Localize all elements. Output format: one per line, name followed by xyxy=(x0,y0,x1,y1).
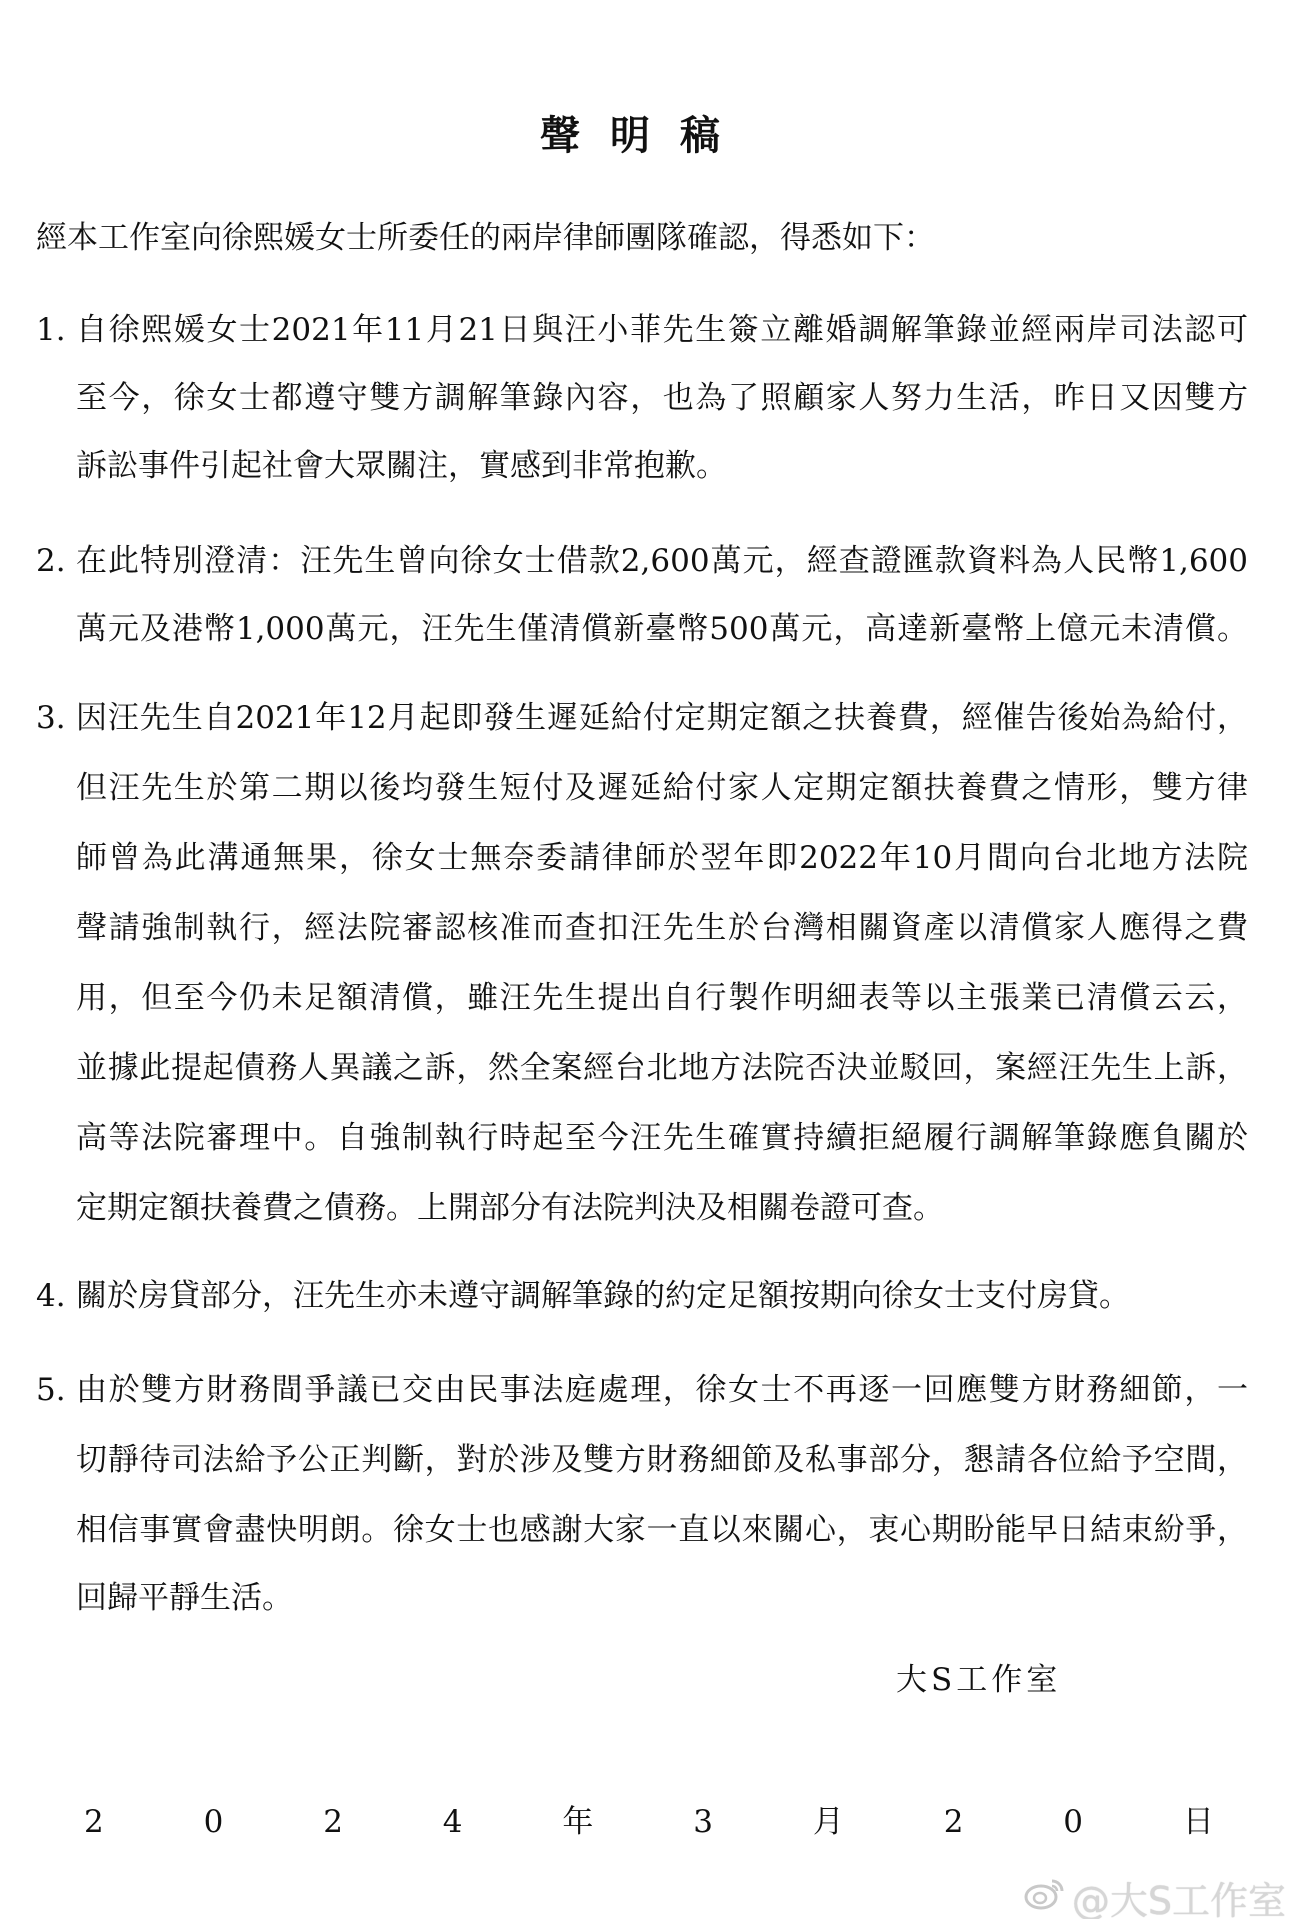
item-number: 2. xyxy=(36,541,66,581)
item-line: 定期定額扶養費之債務。上開部分有法院判決及相關卷證可查。 xyxy=(76,1188,944,1228)
item-line: 至今，徐女士都遵守雙方調解筆錄內容，也為了照顧家人努力生活，昨日又因雙方 xyxy=(76,378,1248,418)
item-line: 因汪先生自2021年12月起即發生遲延給付定期定額之扶養費，經催告後始為給付， xyxy=(76,698,1248,738)
item-number: 5. xyxy=(36,1370,66,1410)
item-line: 但汪先生於第二期以後均發生短付及遲延給付家人定期定額扶養費之情形，雙方律 xyxy=(76,768,1248,808)
date-char: 4 xyxy=(443,1802,463,1842)
item-line: 切靜待司法給予公正判斷，對於涉及雙方財務細節及私事部分，懇請各位給予空間， xyxy=(76,1440,1248,1480)
watermark: @大S工作室 xyxy=(1024,1870,1286,1919)
signature: 大S工作室 xyxy=(896,1660,1061,1700)
item-number: 4. xyxy=(36,1276,66,1316)
date-line: 2 0 2 4 年 3 月 2 0 日 xyxy=(84,1802,1214,1842)
date-char: 年 xyxy=(562,1802,593,1842)
item-line: 自徐熙媛女士2021年11月21日與汪小菲先生簽立離婚調解筆錄並經兩岸司法認可 xyxy=(76,310,1248,350)
item-line: 關於房貸部分，汪先生亦未遵守調解筆錄的約定足額按期向徐女士支付房貸。 xyxy=(76,1276,1130,1316)
item-line: 聲請強制執行，經法院審認核准而查扣汪先生於台灣相關資產以清償家人應得之費 xyxy=(76,908,1248,948)
item-line: 在此特別澄清：汪先生曾向徐女士借款2,600萬元，經查證匯款資料為人民幣1,60… xyxy=(76,541,1248,581)
date-char: 月 xyxy=(813,1802,844,1842)
date-char: 2 xyxy=(323,1802,343,1842)
item-line: 相信事實會盡快明朗。徐女士也感謝大家一直以來關心，衷心期盼能早日結束紛爭， xyxy=(76,1510,1248,1550)
date-char: 0 xyxy=(204,1802,224,1842)
item-line: 師曾為此溝通無果，徐女士無奈委請律師於翌年即2022年10月間向台北地方法院 xyxy=(76,838,1248,878)
date-char: 2 xyxy=(84,1802,104,1842)
item-line: 回歸平靜生活。 xyxy=(76,1578,293,1618)
item-line: 高等法院審理中。自強制執行時起至今汪先生確實持續拒絕履行調解筆錄應負關於 xyxy=(76,1118,1248,1158)
date-char: 3 xyxy=(693,1802,713,1842)
date-char: 0 xyxy=(1063,1802,1083,1842)
item-line: 萬元及港幣1,000萬元，汪先生僅清償新臺幣500萬元，高達新臺幣上億元未清償。 xyxy=(76,609,1248,649)
page-title: 聲明稿 xyxy=(0,104,1290,161)
date-char: 2 xyxy=(944,1802,964,1842)
intro-text: 經本工作室向徐熙媛女士所委任的兩岸律師團隊確認，得悉如下： xyxy=(36,218,935,258)
item-number: 3. xyxy=(36,698,66,738)
item-line: 用，但至今仍未足額清償，雖汪先生提出自行製作明細表等以主張業已清償云云， xyxy=(76,978,1248,1018)
item-number: 1. xyxy=(36,310,66,350)
item-line: 並據此提起債務人異議之訴，然全案經台北地方法院否決並駁回，案經汪先生上訴， xyxy=(76,1048,1248,1088)
date-char: 日 xyxy=(1183,1802,1214,1842)
item-line: 由於雙方財務間爭議已交由民事法庭處理，徐女士不再逐一回應雙方財務細節，一 xyxy=(76,1370,1248,1410)
watermark-text: @大S工作室 xyxy=(1072,1870,1286,1919)
weibo-icon xyxy=(1024,1875,1066,1919)
item-line: 訴訟事件引起社會大眾關注，實感到非常抱歉。 xyxy=(76,446,727,486)
